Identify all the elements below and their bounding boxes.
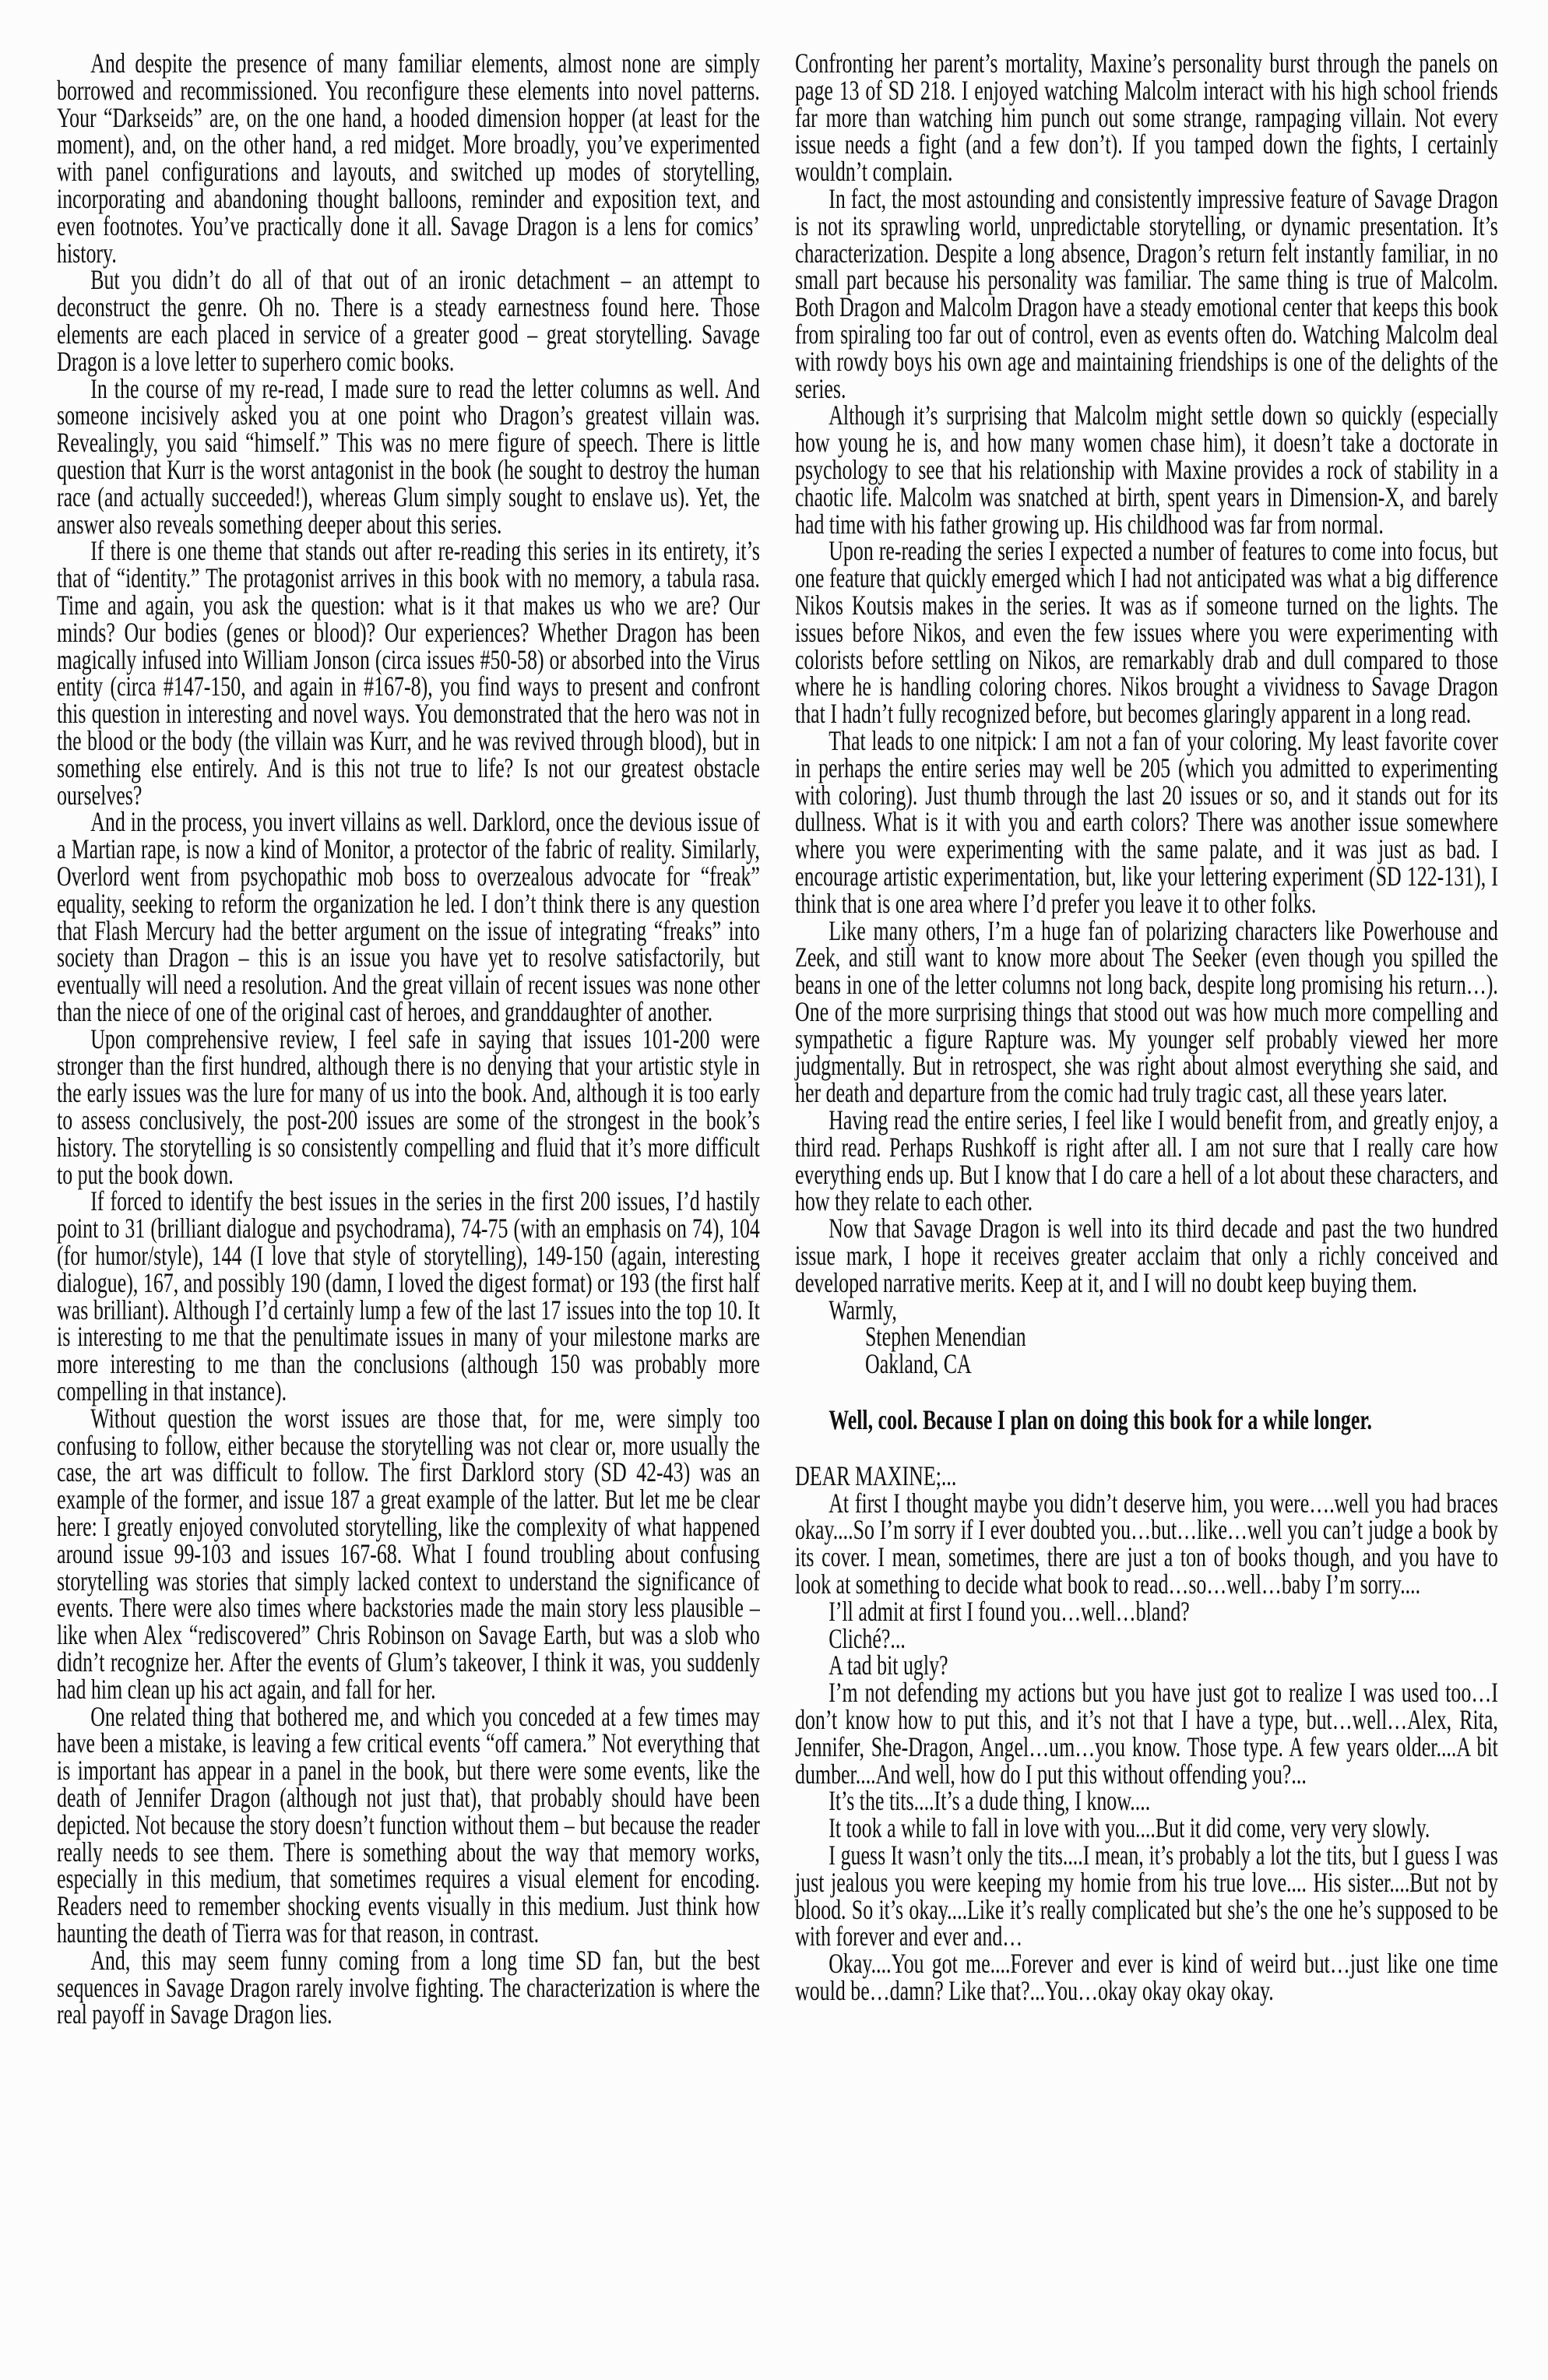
paragraph: Upon re-reading the series I expected a … [795,537,1498,727]
paragraph: Now that Savage Dragon is well into its … [795,1215,1498,1296]
paragraph: Oakland, CA [795,1350,1498,1378]
right-text-column: Confronting her parent’s mortality, Maxi… [795,50,1498,2005]
paragraph: At first I thought maybe you didn’t dese… [795,1490,1498,1598]
paragraph: Confronting her parent’s mortality, Maxi… [795,50,1498,185]
paragraph: In fact, the most astounding and consist… [795,185,1498,402]
paragraph: I’ll admit at first I found you…well…bla… [795,1598,1498,1625]
paragraph: It’s the tits....It’s a dude thing, I kn… [795,1787,1498,1815]
paragraph: Warmly, [795,1297,1498,1324]
paragraph: If there is one theme that stands out af… [57,537,760,808]
paragraph: DEAR MAXINE;... [795,1463,1498,1490]
paragraph: And despite the presence of many familia… [57,50,760,266]
paragraph: And, this may seem funny coming from a l… [57,1947,760,2028]
paragraph: Although it’s surprising that Malcolm mi… [795,402,1498,537]
paragraph: A tad bit ugly? [795,1652,1498,1679]
paragraph: That leads to one nitpick: I am not a fa… [795,727,1498,917]
paragraph: I’m not defending my actions but you hav… [795,1679,1498,1787]
paragraph: But you didn’t do all of that out of an … [57,266,760,375]
left-text-column: And despite the presence of many familia… [57,50,760,2028]
paragraph: Well, cool. Because I plan on doing this… [795,1407,1498,1434]
paragraph: Upon comprehensive review, I feel safe i… [57,1026,760,1188]
paragraph: It took a while to fall in love with you… [795,1815,1498,1842]
paragraph: Having read the entire series, I feel li… [795,1107,1498,1215]
letters-page: And despite the presence of many familia… [0,0,1548,2380]
paragraph: Cliché?... [795,1625,1498,1653]
paragraph: And in the process, you invert villains … [57,808,760,1025]
paragraph: One related thing that bothered me, and … [57,1703,760,1947]
paragraph: Without question the worst issues are th… [57,1405,760,1703]
paragraph: I guess It wasn’t only the tits....I mea… [795,1842,1498,1950]
paragraph: If forced to identify the best issues in… [57,1188,760,1404]
paragraph: Stephen Menendian [795,1323,1498,1350]
paragraph: In the course of my re-read, I made sure… [57,375,760,538]
paragraph: Okay....You got me....Forever and ever i… [795,1950,1498,2005]
paragraph: Like many others, I’m a huge fan of pola… [795,917,1498,1107]
